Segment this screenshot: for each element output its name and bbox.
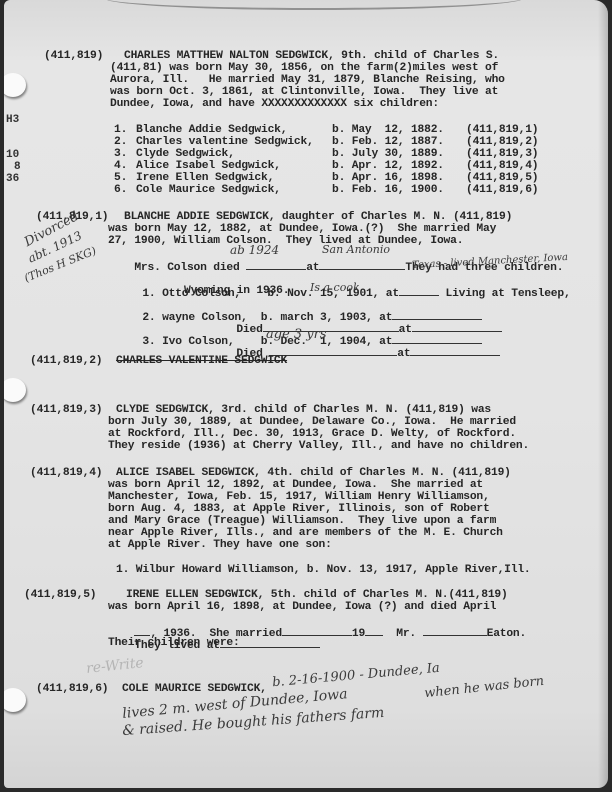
handwritten-note: San Antonio bbox=[322, 243, 390, 256]
entry-id: (411,819,6) bbox=[36, 683, 108, 695]
child-num: 6. bbox=[114, 184, 127, 196]
child-born: b. July 30, 1889. bbox=[332, 148, 444, 160]
handwritten-note: when he was born bbox=[424, 674, 545, 701]
entry-text-line: Dundee, Iowa, and have XXXXXXXXXXXXX six… bbox=[110, 98, 439, 110]
child-born: b. Apr. 12, 1892. bbox=[332, 160, 444, 172]
text-fragment: Mr. bbox=[396, 628, 416, 640]
entry-text-line: was born Oct. 3, 1861, at Clintonville, … bbox=[110, 86, 498, 98]
entry-text-line: born July 30, 1889, at Dundee, Delaware … bbox=[108, 416, 516, 428]
handwritten-note: ab 1924 bbox=[230, 243, 279, 257]
entry-id: (411,819,4) bbox=[30, 467, 102, 479]
entry-text-line: was born May 12, 1882, at Dundee, Iowa.(… bbox=[108, 223, 496, 235]
entry-text-line: and Mary Grace (Treague) Williamson. The… bbox=[108, 515, 496, 527]
child-num: 5. bbox=[114, 172, 127, 184]
document-page: H3 10 8 36 (411,819) CHARLES MATTHEW NAL… bbox=[4, 0, 608, 788]
punch-hole bbox=[4, 688, 26, 712]
handwritten-note: Is a cook bbox=[310, 281, 360, 294]
child-born: b. Feb. 16, 1900. bbox=[332, 184, 444, 196]
entry-text-line: They reside (1936) at Cherry Valley, Ill… bbox=[108, 440, 529, 452]
page-edge-shadow bbox=[598, 0, 608, 788]
child-ref: (411,819,2) bbox=[466, 136, 538, 148]
entry-text-line: CHARLES MATTHEW NALTON SEDGWICK, 9th. ch… bbox=[124, 50, 499, 62]
child-name: Clyde Sedgwick, bbox=[136, 148, 235, 160]
child-born: b. May 12, 1882. bbox=[332, 124, 444, 136]
entry-text-line: near Apple River, Ills., and are members… bbox=[108, 527, 503, 539]
entry-name: CHARLES VALENTINE SEDGWICK bbox=[116, 355, 287, 367]
child-ref: (411,819,1) bbox=[466, 124, 538, 136]
child-name: Blanche Addie Sedgwick, bbox=[136, 124, 287, 136]
margin-note: 8 bbox=[14, 161, 21, 173]
text-fragment: Eaton. bbox=[487, 628, 526, 640]
punch-hole bbox=[4, 378, 26, 402]
entry-text-line: Aurora, Ill. He married May 31, 1879, Bl… bbox=[110, 74, 505, 86]
entry-text-line: BLANCHE ADDIE SEDGWICK, daughter of Char… bbox=[124, 211, 512, 223]
child-ref: (411,819,4) bbox=[466, 160, 538, 172]
punch-hole bbox=[4, 73, 26, 97]
child-num: 4. bbox=[114, 160, 127, 172]
entry-text-line: ALICE ISABEL SEDGWICK, 4th. child of Cha… bbox=[116, 467, 511, 479]
entry-id: (411,819,5) bbox=[24, 589, 96, 601]
entry-text-line: IRENE ELLEN SEDGWICK, 5th. child of Char… bbox=[126, 589, 508, 601]
entry-text-line: was born April 16, 1898, at Dundee, Iowa… bbox=[108, 601, 496, 613]
entry-text-line: at Rockford, Ill., Dec. 30, 1913, Grace … bbox=[108, 428, 516, 440]
text-fragment: at bbox=[397, 348, 410, 360]
child-num: 3. bbox=[114, 148, 127, 160]
entry-name: COLE MAURICE SEDGWICK, bbox=[122, 683, 267, 695]
entry-text-line: CLYDE SEDGWICK, 3rd. child of Charles M.… bbox=[116, 404, 491, 416]
entry-text-line: Their children were: bbox=[108, 637, 240, 649]
entry-text-line: Manchester, Iowa, Feb. 15, 1917, William… bbox=[108, 491, 490, 503]
child-num: 1. bbox=[114, 124, 127, 136]
handwritten-note: re-Write bbox=[85, 655, 144, 677]
child-num: 2. bbox=[114, 136, 127, 148]
entry-text-line: was born April 12, 1892, at Dundee, Iowa… bbox=[108, 479, 483, 491]
margin-note: 10 bbox=[6, 149, 19, 161]
grandchild-line: Wyoming in 1936. bbox=[184, 285, 289, 297]
margin-note: H3 bbox=[6, 114, 19, 126]
child-name: Alice Isabel Sedgwick, bbox=[136, 160, 281, 172]
grandchild-line: 1. Wilbur Howard Williamson, b. Nov. 13,… bbox=[116, 564, 531, 576]
child-name: Cole Maurice Sedgwick, bbox=[136, 184, 281, 196]
child-name: Irene Ellen Sedgwick, bbox=[136, 172, 274, 184]
entry-text-line: at Apple River. They have one son: bbox=[108, 539, 332, 551]
entry-id: (411,819) bbox=[44, 50, 103, 62]
child-born: b. Apr. 16, 1898. bbox=[332, 172, 444, 184]
handwritten-note: age 3 yrs bbox=[266, 327, 327, 342]
margin-note: 36 bbox=[6, 173, 19, 185]
child-born: b. Feb. 12, 1887. bbox=[332, 136, 444, 148]
child-name: Charles valentine Sedgwick, bbox=[136, 136, 314, 148]
text-fragment: 19 bbox=[352, 628, 365, 640]
entry-text-line: born Aug. 4, 1883, at Apple River, Illin… bbox=[108, 503, 490, 515]
entry-text-line: (411,81) was born May 30, 1856, on the f… bbox=[110, 62, 498, 74]
page-curl bbox=[104, 0, 524, 10]
child-ref: (411,819,5) bbox=[466, 172, 538, 184]
entry-id: (411,819,2) bbox=[30, 355, 102, 367]
child-ref: (411,819,3) bbox=[466, 148, 538, 160]
entry-text-line: 27, 1900, William Colson. They lived at … bbox=[108, 235, 463, 247]
entry-id: (411,819,3) bbox=[30, 404, 102, 416]
child-ref: (411,819,6) bbox=[466, 184, 538, 196]
